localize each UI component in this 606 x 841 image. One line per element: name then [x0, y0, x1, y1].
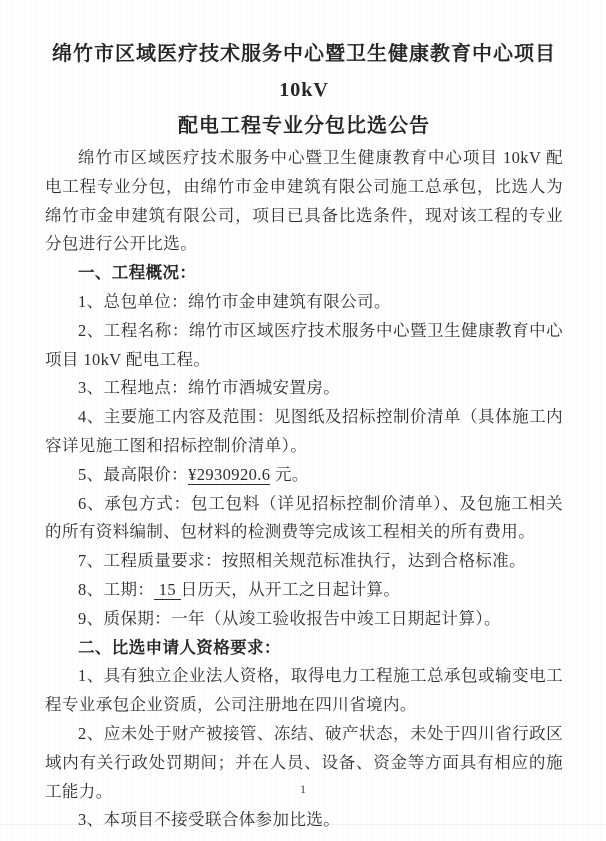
- duration-suffix: 日历天，从开工之日起计算。: [181, 580, 401, 599]
- section-1-item-6: 6、承包方式：包工包料（详见招标控制价清单）、及包施工相关的所有资料编制、包材料…: [45, 490, 563, 548]
- intro-paragraph: 绵竹市区域医疗技术服务中心暨卫生健康教育中心项目 10kV 配电工程专业分包，由…: [45, 144, 563, 259]
- section-1-item-9: 9、质保期：一年（从竣工验收报告中竣工日期起计算）。: [45, 605, 563, 634]
- section-1-item-7: 7、工程质量要求：按照相关规范标准执行，达到合格标准。: [45, 547, 563, 576]
- max-price-unit: 元。: [270, 465, 308, 484]
- section-1-item-2: 2、工程名称：绵竹市区域医疗技术服务中心暨卫生健康教育中心项目 10kV 配电工…: [45, 317, 563, 375]
- document-body: 绵竹市区域医疗技术服务中心暨卫生健康教育中心项目 10kV 配电工程专业分包，由…: [45, 144, 563, 835]
- section-1-item-8: 8、工期： 15 日历天，从开工之日起计算。: [45, 576, 563, 605]
- max-price-value: ¥2930920.6: [188, 465, 270, 485]
- document-title: 绵竹市区域医疗技术服务中心暨卫生健康教育中心项目 10kV 配电工程专业分包比选…: [45, 36, 563, 144]
- section-1-heading: 一、工程概况：: [45, 259, 563, 288]
- document-title-line-2: 配电工程专业分包比选公告: [45, 108, 563, 144]
- max-price-label: 5、最高限价：: [78, 465, 188, 484]
- section-1-item-4: 4、主要施工内容及范围：见图纸及招标控制价清单（具体施工内容详见施工图和招标控制…: [45, 403, 563, 461]
- page-number: 1: [0, 782, 606, 797]
- scanned-document-page: 绵竹市区域医疗技术服务中心暨卫生健康教育中心项目 10kV 配电工程专业分包比选…: [0, 0, 606, 841]
- section-1-item-1: 1、总包单位：绵竹市金申建筑有限公司。: [45, 288, 563, 317]
- document-content: 绵竹市区域医疗技术服务中心暨卫生健康教育中心项目 10kV 配电工程专业分包比选…: [45, 36, 563, 835]
- duration-label: 8、工期：: [78, 580, 154, 599]
- section-2-item-3: 3、本项目不接受联合体参加比选。: [45, 806, 563, 835]
- document-title-line-1: 绵竹市区域医疗技术服务中心暨卫生健康教育中心项目 10kV: [45, 36, 563, 108]
- duration-value: 15: [154, 580, 180, 600]
- section-2-item-1: 1、具有独立企业法人资格，取得电力工程施工总承包或输变电工程专业承包企业资质，公…: [45, 662, 563, 720]
- section-2-heading: 二、比选申请人资格要求：: [45, 634, 563, 663]
- section-1-item-3: 3、工程地点：绵竹市酒城安置房。: [45, 374, 563, 403]
- section-1-item-5: 5、最高限价：¥2930920.6 元。: [45, 461, 563, 490]
- scan-artifact-line: [0, 824, 606, 825]
